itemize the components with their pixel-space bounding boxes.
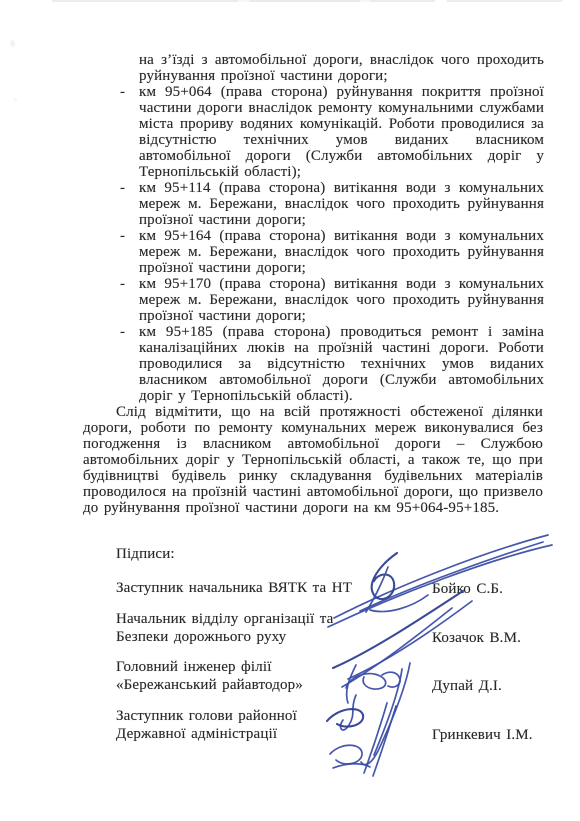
document-page: на з’їзді з автомобільної дороги, внаслі… (0, 0, 580, 821)
signatures-heading: Підписи: (116, 546, 175, 562)
list-item: - км 95+164 (права сторона) витікання во… (120, 228, 544, 276)
list-item-text: км 95+185 (права сторона) проводиться ре… (139, 324, 544, 404)
scan-speck (10, 40, 15, 47)
list-item-text: км 95+170 (права сторона) витікання води… (139, 276, 544, 324)
list-item-text: км 95+164 (права сторона) витікання води… (139, 228, 544, 276)
list-item: - км 95+064 (права сторона) руйнування п… (120, 84, 544, 180)
signature-hrynkevych (327, 703, 396, 776)
list-item-bullet: - (120, 180, 139, 228)
list-item-text: км 95+114 (права сторона) витікання води… (139, 180, 544, 228)
signature-ink (300, 515, 580, 795)
list-item-bullet: - (120, 228, 139, 276)
summary-paragraph: Слід відмітити, що на всій протяжності о… (83, 404, 543, 516)
list-item: - км 95+114 (права сторона) витікання во… (120, 180, 544, 228)
list-item: - км 95+185 (права сторона) проводиться … (120, 324, 544, 404)
list-item-text: на з’їзді з автомобільної дороги, внаслі… (139, 52, 544, 84)
list-item-bullet: - (120, 276, 139, 324)
list-item: на з’їзді з автомобільної дороги, внаслі… (120, 52, 544, 84)
list-item: - км 95+170 (права сторона) витікання во… (120, 276, 544, 324)
findings-list: на з’їзді з автомобільної дороги, внаслі… (120, 52, 544, 404)
list-item-bullet: - (120, 84, 139, 180)
scan-speck (14, 98, 17, 101)
list-item-text: км 95+064 (права сторона) руйнування пок… (139, 84, 544, 180)
signature-boyko-flourish (328, 535, 552, 627)
scan-artifact-top (0, 0, 580, 2)
list-item-bullet (120, 52, 139, 84)
list-item-bullet: - (120, 324, 139, 404)
